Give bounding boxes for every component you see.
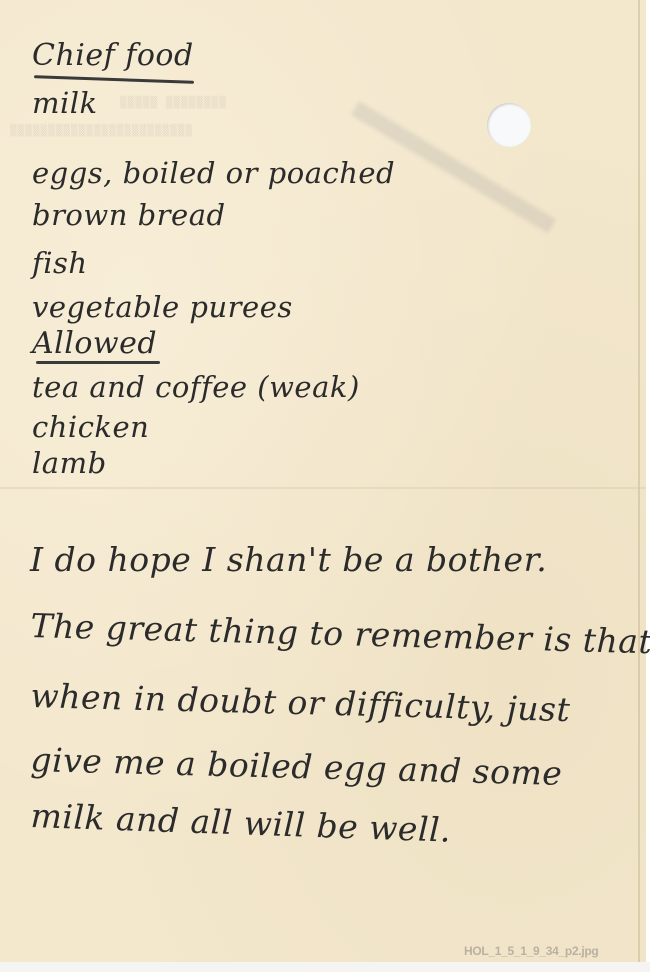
punch-hole	[487, 103, 531, 147]
list-item: milk	[32, 86, 98, 120]
bottom-margin	[0, 962, 650, 972]
paragraph-line: milk and all will be well.	[30, 796, 452, 850]
paragraph-line: The great thing to remember is that	[30, 606, 650, 661]
page-edge	[638, 0, 640, 962]
list-item: tea and coffee (weak)	[32, 370, 360, 404]
list-item: vegetable purees	[32, 290, 293, 324]
heading-chief-food: Chief food	[32, 38, 194, 73]
heading-allowed: Allowed	[32, 326, 157, 361]
heading-underline	[36, 361, 160, 364]
list-item: lamb	[32, 446, 107, 480]
list-item: fish	[32, 246, 88, 280]
paragraph-line: when in doubt or difficulty, just	[30, 676, 571, 729]
paragraph-line: give me a boiled egg and some	[30, 740, 563, 793]
bleed-through-text: ▒▒▒▒▒▒▒▒▒▒▒▒▒▒▒▒▒▒▒▒▒▒▒▒	[10, 124, 193, 137]
filename-label: HOL_1_5_1_9_34_p2.jpg	[464, 944, 598, 958]
fold-crease	[0, 487, 646, 489]
list-item: brown bread	[32, 198, 226, 232]
paragraph-line: I do hope I shan't be a bother.	[30, 540, 547, 579]
list-item: eggs, boiled or poached	[32, 156, 395, 190]
bleed-through-text: ▒▒▒▒▒ ▒▒▒▒▒▒▒▒	[120, 96, 227, 109]
letter-page: ▒▒▒▒▒ ▒▒▒▒▒▒▒▒ ▒▒▒▒▒▒▒▒▒▒▒▒▒▒▒▒▒▒▒▒▒▒▒▒ …	[0, 0, 646, 962]
heading-underline	[34, 75, 194, 84]
list-item: chicken	[32, 410, 149, 444]
